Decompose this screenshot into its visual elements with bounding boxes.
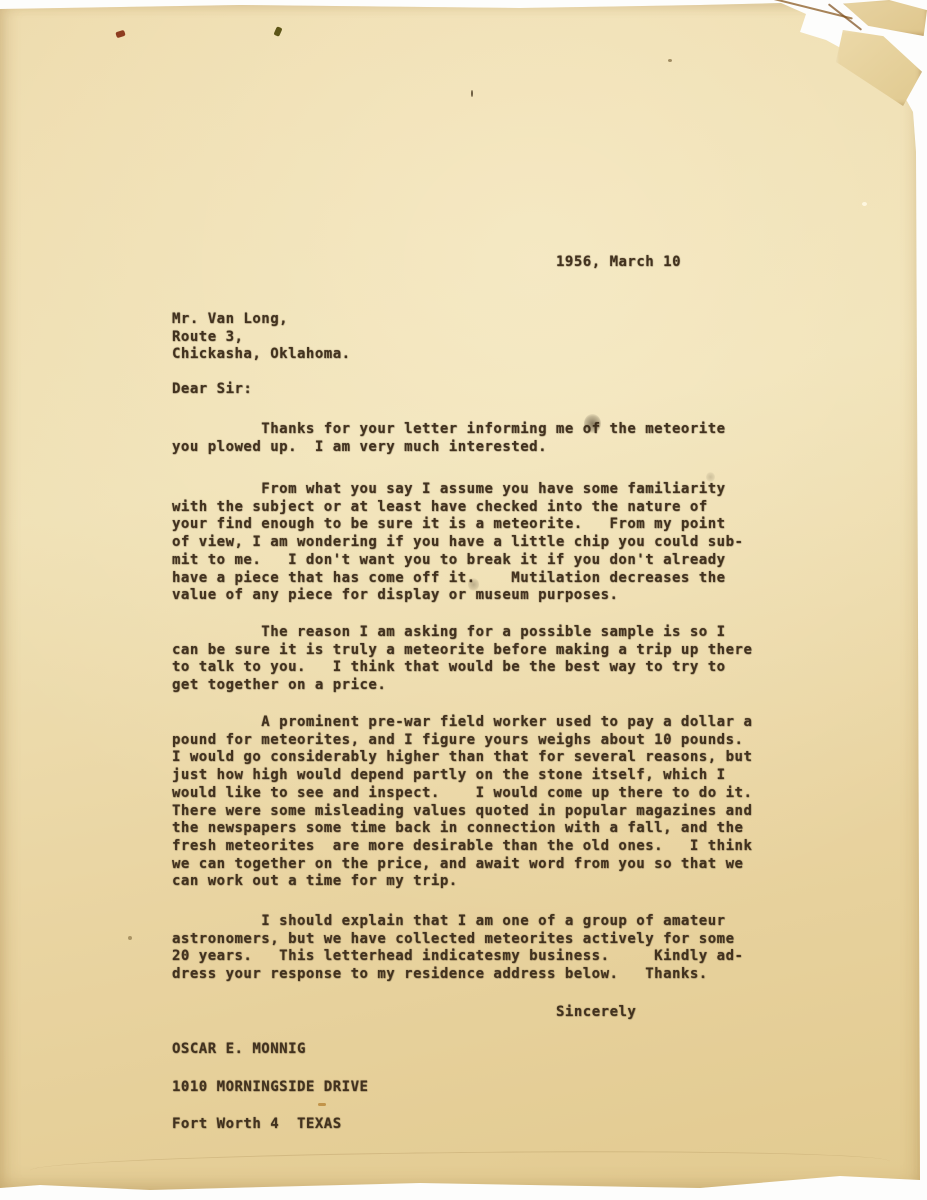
recipient-address: Mr. Van Long, Route 3, Chickasha, Oklaho… [172, 311, 351, 364]
paragraph-2: From what you say I assume you have some… [172, 481, 743, 605]
date-line: 1956, March 10 [556, 254, 681, 272]
paragraph-1: Thanks for your letter informing me of t… [172, 421, 726, 456]
scanned-letter: 1956, March 10 Mr. Van Long, Route 3, Ch… [0, 0, 927, 1200]
paper-fold-shadow [30, 1147, 890, 1187]
paper-speck [115, 30, 125, 38]
paragraph-3: The reason I am asking for a possible sa… [172, 624, 752, 695]
closing: Sincerely [556, 1004, 636, 1022]
ink-smudge [706, 472, 715, 482]
paragraph-5: I should explain that I am one of a grou… [172, 913, 743, 984]
paper-speck [668, 59, 672, 62]
paper-speck [128, 936, 132, 940]
signature-street: 1010 MORNINGSIDE DRIVE [172, 1079, 368, 1097]
paper-speck [318, 1103, 326, 1106]
ink-smudge [584, 414, 601, 433]
paragraph-4: A prominent pre-war field worker used to… [172, 714, 752, 891]
signature-name: OSCAR E. MONNIG [172, 1041, 306, 1059]
paper-speck [862, 202, 867, 206]
salutation: Dear Sir: [172, 381, 252, 399]
signature-city: Fort Worth 4 TEXAS [172, 1116, 342, 1134]
paper-speck [471, 90, 473, 97]
letter-paper: 1956, March 10 Mr. Van Long, Route 3, Ch… [0, 2, 922, 1192]
torn-corner-flap [843, 0, 927, 36]
paper-speck [273, 26, 282, 37]
ink-smudge [468, 578, 479, 591]
